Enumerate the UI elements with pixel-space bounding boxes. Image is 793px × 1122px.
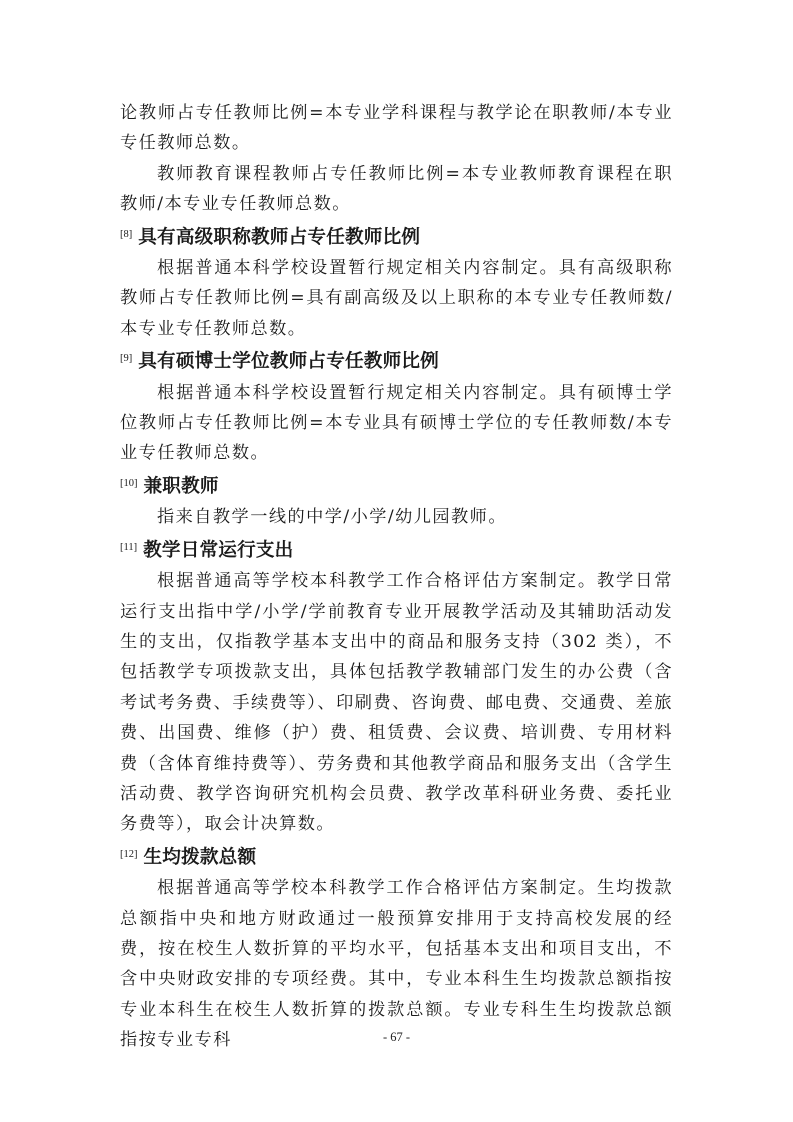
- paragraph: 根据普通高等学校本科教学工作合格评估方案制定。教学日常运行支出指中学/小学/学前…: [120, 566, 673, 840]
- reference-marker: [10]: [120, 478, 138, 489]
- page-number: - 67 -: [0, 1030, 793, 1045]
- document-body: 论教师占专任教师比例=本专业学科课程与教学论在职教师/本专业专任教师总数。 教师…: [120, 98, 673, 1056]
- reference-marker: [12]: [120, 849, 138, 860]
- heading-text: 具有高级职称教师占专任教师比例: [138, 227, 420, 248]
- paragraph: 根据普通高等学校本科教学工作合格评估方案制定。生均拨款总额指中央和地方财政通过一…: [120, 873, 673, 1055]
- paragraph: 论教师占专任教师比例=本专业学科课程与教学论在职教师/本专业专任教师总数。: [120, 98, 673, 159]
- heading-text: 生均拨款总额: [144, 847, 257, 868]
- paragraph: 指来自教学一线的中学/小学/幼儿园教师。: [120, 502, 673, 532]
- heading-text: 教学日常运行支出: [143, 540, 293, 561]
- paragraph: 教师教育课程教师占专任教师比例=本专业教师教育课程在职教师/本专业专任教师总数。: [120, 159, 673, 220]
- paragraph: 根据普通本科学校设置暂行规定相关内容制定。具有高级职称教师占专任教师比例=具有副…: [120, 253, 673, 344]
- section-heading: [10]兼职教师: [120, 469, 673, 502]
- heading-text: 具有硕博士学位教师占专任教师比例: [138, 351, 439, 372]
- heading-text: 兼职教师: [144, 476, 219, 497]
- reference-marker: [9]: [120, 353, 132, 364]
- reference-marker: [8]: [120, 229, 132, 240]
- reference-marker: [11]: [120, 542, 137, 553]
- section-heading: [11]教学日常运行支出: [120, 533, 673, 566]
- section-heading: [9]具有硕博士学位教师占专任教师比例: [120, 344, 673, 377]
- paragraph: 根据普通本科学校设置暂行规定相关内容制定。具有硕博士学位教师占专任教师比例=本专…: [120, 378, 673, 469]
- section-heading: [8]具有高级职称教师占专任教师比例: [120, 220, 673, 253]
- section-heading: [12]生均拨款总额: [120, 840, 673, 873]
